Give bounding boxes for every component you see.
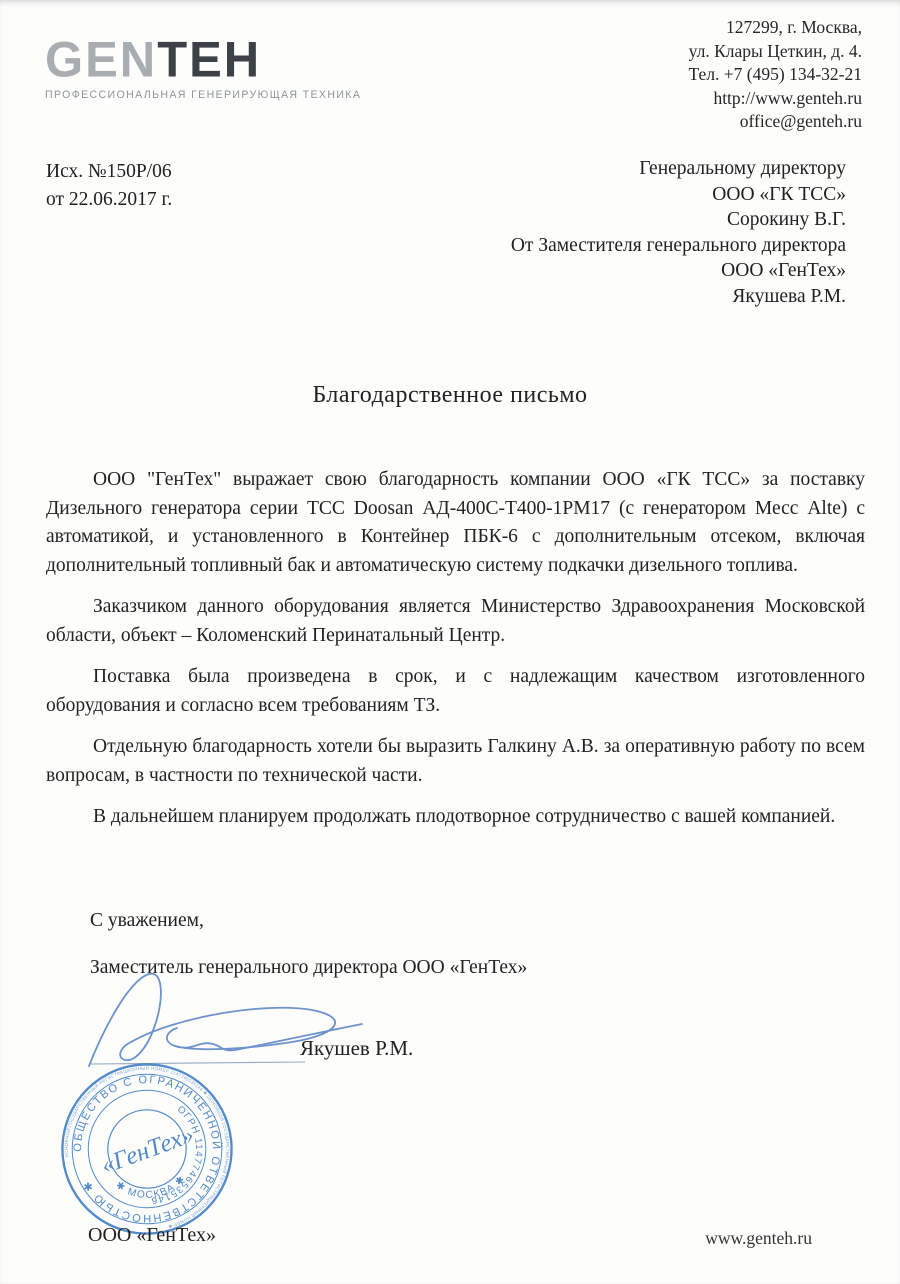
letter-title: Благодарственное письмо bbox=[0, 382, 900, 409]
logo-part-gen: GEN bbox=[45, 32, 157, 87]
paragraph-1: ООО "ГенТех" выражает свою благодарность… bbox=[46, 466, 865, 580]
sender-name: Якушева Р.М. bbox=[511, 284, 846, 310]
logo-part-teh: TEH bbox=[157, 32, 261, 87]
contact-email: office@genteh.ru bbox=[689, 110, 862, 134]
footer-company-name: ООО «ГенТех» bbox=[88, 1224, 216, 1247]
logo-tagline: ПРОФЕССИОНАЛЬНАЯ ГЕНЕРИРУЮЩАЯ ТЕХНИКА bbox=[45, 89, 361, 101]
reference-number: Исх. №150Р/06 bbox=[46, 158, 172, 186]
signature-stroke-loop bbox=[89, 974, 161, 1066]
closing-salutation: С уважением, bbox=[90, 910, 527, 932]
footer-website: www.genteh.ru bbox=[705, 1228, 812, 1249]
stamp-city-ring: ✱ МОСКВА ✱ bbox=[112, 1173, 189, 1205]
paragraph-3: Поставка была произведена в срок, и с на… bbox=[46, 663, 865, 720]
contact-phone: Тел. +7 (495) 134-32-21 bbox=[689, 63, 862, 87]
recipient-company: ООО «ГК ТСС» bbox=[511, 182, 846, 208]
sender-company: ООО «ГенТех» bbox=[511, 258, 846, 284]
reference-block: Исх. №150Р/06 от 22.06.2017 г. bbox=[46, 158, 172, 214]
company-stamp: ОСНОВНОЙ ГОСУДАРСТВЕННЫЙ РЕГИСТРАЦИОННЫЙ… bbox=[49, 1051, 245, 1247]
reference-date: от 22.06.2017 г. bbox=[46, 186, 172, 214]
contact-block: 127299, г. Москва, ул. Клары Цеткин, д. … bbox=[689, 16, 862, 134]
company-logo: GENTEH ПРОФЕССИОНАЛЬНАЯ ГЕНЕРИРУЮЩАЯ ТЕХ… bbox=[45, 36, 361, 101]
sender-title: От Заместителя генерального директора bbox=[511, 233, 846, 259]
letter-page: GENTEH ПРОФЕССИОНАЛЬНАЯ ГЕНЕРИРУЮЩАЯ ТЕХ… bbox=[0, 0, 900, 1284]
contact-website: http://www.genteh.ru bbox=[689, 87, 862, 111]
recipient-title: Генеральному директору bbox=[511, 156, 846, 182]
signer-name: Якушев Р.М. bbox=[300, 1036, 413, 1061]
recipient-block: Генеральному директору ООО «ГК ТСС» Соро… bbox=[511, 156, 846, 309]
logo-wordmark: GENTEH bbox=[45, 36, 361, 86]
paragraph-5: В дальнейшем планируем продолжать плодот… bbox=[46, 803, 865, 832]
contact-street: ул. Клары Цеткин, д. 4. bbox=[689, 40, 862, 64]
paragraph-2: Заказчиком данного оборудования является… bbox=[46, 593, 865, 650]
letter-body: ООО "ГенТех" выражает свою благодарность… bbox=[46, 466, 865, 845]
paragraph-4: Отдельную благодарность хотели бы вырази… bbox=[46, 733, 865, 790]
recipient-name: Сорокину В.Г. bbox=[511, 207, 846, 233]
contact-postal: 127299, г. Москва, bbox=[689, 16, 862, 40]
